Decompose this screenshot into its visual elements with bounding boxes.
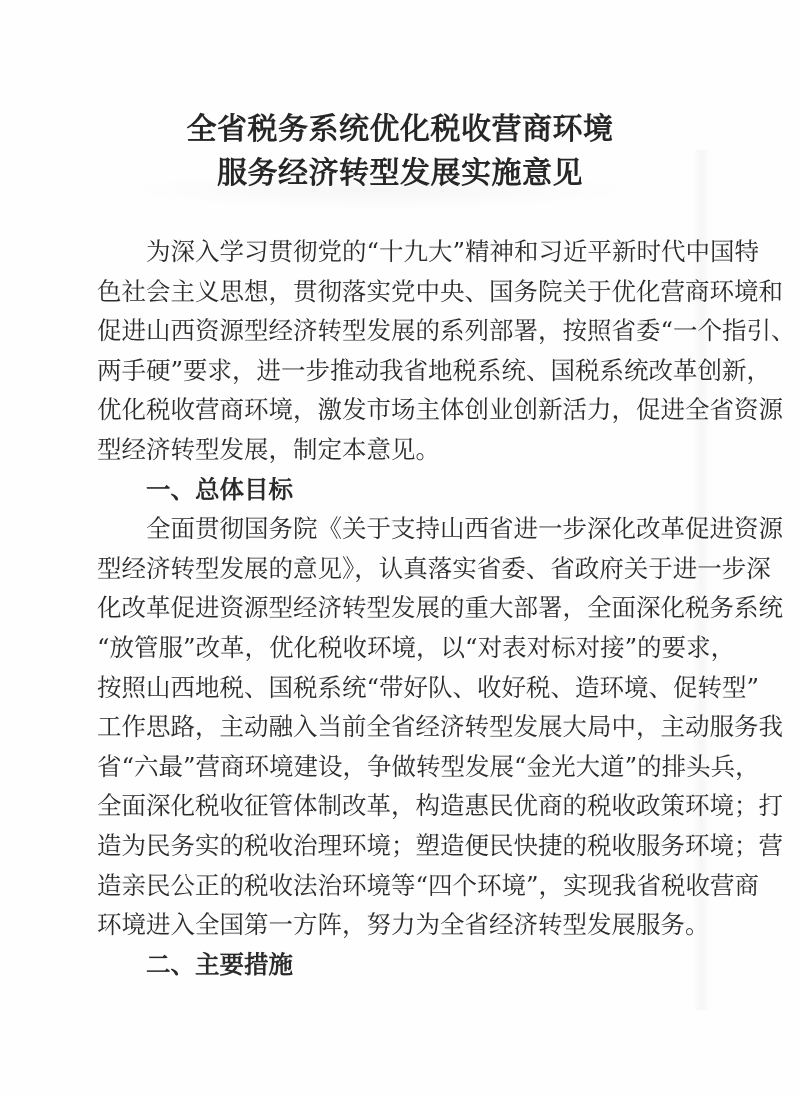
paragraph-line: 两手硬”要求，进一步推动我省地税系统、国税系统改革创新，	[97, 351, 709, 391]
paragraph-line: 省“六最”营商环境建设，争做转型发展“金光大道”的排头兵，	[97, 747, 709, 787]
paragraph-line: 型经济转型发展的意见》，认真落实省委、省政府关于进一步深	[97, 549, 709, 589]
paragraph-line: 色社会主义思想，贯彻落实党中央、国务院关于优化营商环境和	[97, 272, 709, 312]
paragraph-line: 环境进入全国第一方阵，努力为全省经济转型发展服务。	[97, 905, 709, 945]
intro-paragraph: 为深入学习贯彻党的“十九大”精神和习近平新时代中国特 色社会主义思想，贯彻落实党…	[97, 232, 709, 470]
paragraph-line: 全面深化税收征管体制改革，构造惠民优商的税收政策环境；打	[97, 786, 709, 826]
paragraph-line: “放管服”改革，优化税收环境，以“对表对标对接”的要求，	[97, 628, 709, 668]
section-heading-main-measures: 二、主要措施	[97, 945, 709, 985]
title-line-1: 全省税务系统优化税收营商环境	[0, 108, 800, 152]
paragraph-line: 化改革促进资源型经济转型发展的重大部署，全面深化税务系统	[97, 588, 709, 628]
document-body: 为深入学习贯彻党的“十九大”精神和习近平新时代中国特 色社会主义思想，贯彻落实党…	[97, 232, 709, 984]
paragraph-line: 优化税收营商环境，激发市场主体创业创新活力，促进全省资源	[97, 390, 709, 430]
document-page: 全省税务系统优化税收营商环境 服务经济转型发展实施意见 为深入学习贯彻党的“十九…	[0, 0, 800, 1095]
paragraph-line: 为深入学习贯彻党的“十九大”精神和习近平新时代中国特	[97, 232, 709, 272]
document-title: 全省税务系统优化税收营商环境 服务经济转型发展实施意见	[0, 108, 800, 196]
paragraph-line: 造为民务实的税收治理环境；塑造便民快捷的税收服务环境；营	[97, 826, 709, 866]
paragraph-line: 造亲民公正的税收法治环境等“四个环境”，实现我省税收营商	[97, 866, 709, 906]
paragraph-line: 工作思路，主动融入当前全省经济转型发展大局中，主动服务我	[97, 707, 709, 747]
paragraph-line: 按照山西地税、国税系统“带好队、收好税、造环境、促转型”	[97, 668, 709, 708]
title-line-2: 服务经济转型发展实施意见	[0, 152, 800, 196]
section-heading-overall-goals: 一、总体目标	[97, 470, 709, 510]
paragraph-line: 促进山西资源型经济转型发展的系列部署，按照省委“一个指引、	[97, 311, 709, 351]
paragraph-line: 型经济转型发展，制定本意见。	[97, 430, 709, 470]
paragraph-line: 全面贯彻国务院《关于支持山西省进一步深化改革促进资源	[97, 509, 709, 549]
section1-paragraph: 全面贯彻国务院《关于支持山西省进一步深化改革促进资源 型经济转型发展的意见》，认…	[97, 509, 709, 945]
